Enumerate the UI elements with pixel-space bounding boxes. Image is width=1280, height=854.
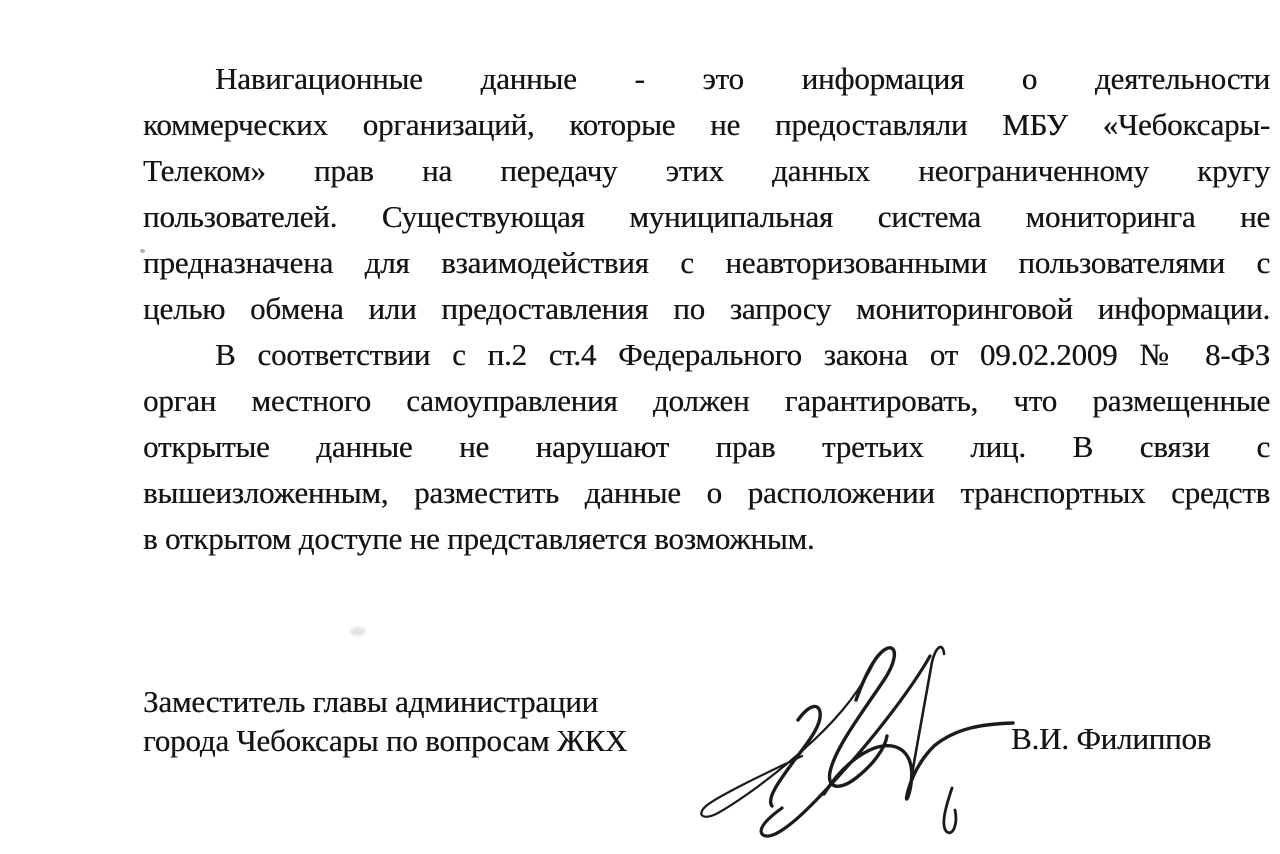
scanned-letter-page: Навигационные данные - это информация о …: [0, 0, 1280, 854]
paragraph-1-line-3: Телеком» прав на передачу этих данных не…: [143, 148, 1270, 194]
scan-artifact-smudge: [350, 627, 366, 636]
paragraph-1-line-4: пользователей. Существующая муниципальна…: [143, 194, 1270, 240]
paragraph-1-line-6: целью обмена или предоставления по запро…: [143, 286, 1270, 332]
paragraph-2-line-1: В соответствии с п.2 ст.4 Федерального з…: [143, 332, 1270, 378]
paragraph-2-line-4: вышеизложенным, разместить данные о расп…: [143, 470, 1270, 516]
signoff-position-line-2: города Чебоксары по вопросам ЖКХ: [143, 721, 627, 760]
paragraph-1-line-2: коммерческих организаций, которые не пре…: [143, 102, 1270, 148]
letter-body: Навигационные данные - это информация о …: [143, 56, 1270, 562]
paragraph-1-line-1: Навигационные данные - это информация о …: [143, 56, 1270, 102]
handwritten-signature: [660, 640, 1050, 854]
paragraph-2-line-3: открытые данные не нарушают прав третьих…: [143, 424, 1270, 470]
signoff-position-line-1: Заместитель главы администрации: [143, 682, 627, 721]
signoff-position-title: Заместитель главы администрации города Ч…: [143, 682, 627, 760]
paragraph-2-line-2: орган местного самоуправления должен гар…: [143, 378, 1270, 424]
signatory-name: В.И. Филиппов: [1011, 720, 1211, 758]
scan-artifact-dot: [140, 249, 145, 253]
paragraph-2-line-5: в открытом доступе не представляется воз…: [143, 516, 1270, 562]
paragraph-1-line-5: предназначена для взаимодействия с неавт…: [143, 240, 1270, 286]
